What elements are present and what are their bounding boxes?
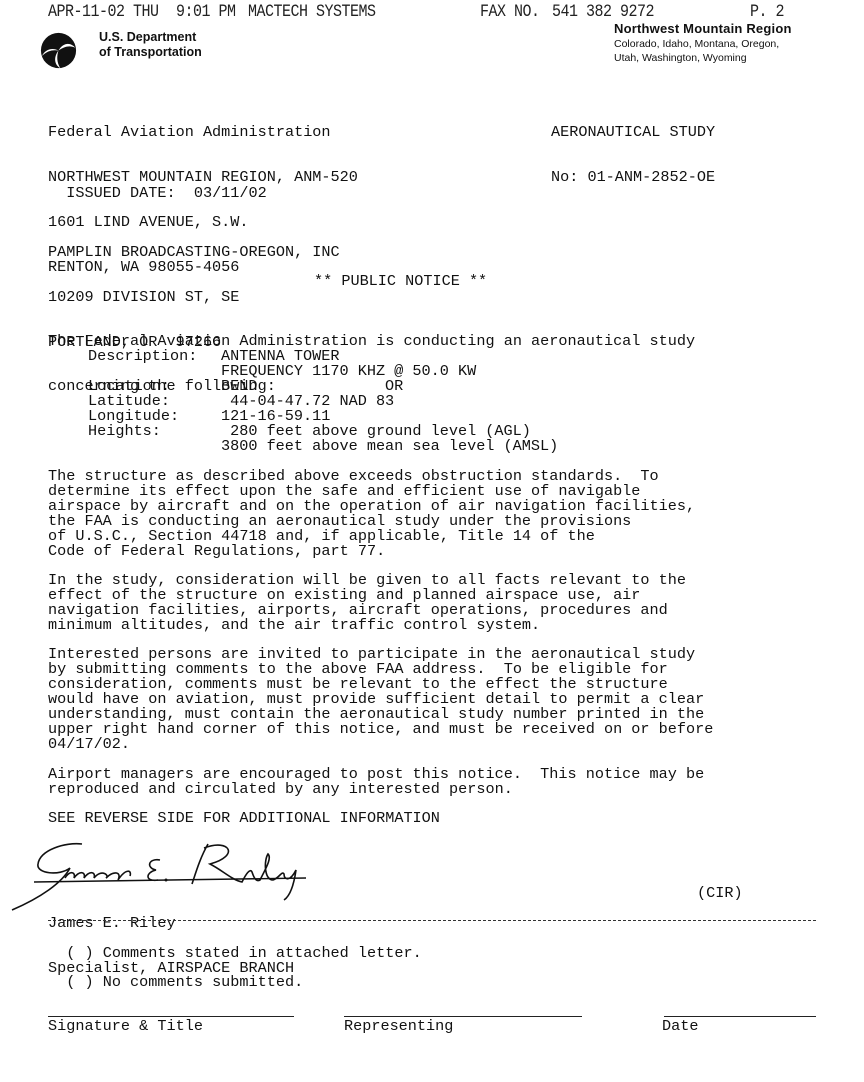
region-block: Northwest Mountain Region Colorado, Idah…	[614, 21, 792, 65]
paragraph-comments: Interested persons are invited to partic…	[48, 647, 713, 752]
representing-label: Representing	[344, 1019, 453, 1034]
response-option-no-comments[interactable]: ( ) No comments submitted.	[48, 960, 303, 990]
notice-title: ** PUBLIC NOTICE **	[314, 274, 487, 289]
detail-label: Heights:	[88, 424, 161, 439]
signer-code: (CIR)	[697, 886, 743, 901]
detail-value: 3800 feet above mean sea level (AMSL)	[221, 439, 558, 454]
paragraph-line: upper right hand corner of this notice, …	[48, 722, 713, 737]
fax-number: 541 382 9272	[552, 2, 654, 22]
detail-row: 3800 feet above mean sea level (AMSL)	[88, 439, 788, 454]
dot-triskelion-logo-icon	[40, 32, 77, 69]
issued-date: ISSUED DATE: 03/11/02	[48, 171, 267, 201]
fax-time: 9:01 PM	[176, 2, 236, 22]
detail-label: Description:	[88, 349, 197, 364]
detail-row: Location:BEND OR	[88, 379, 788, 394]
detail-row: Latitude: 44-04-47.72 NAD 83	[88, 394, 788, 409]
paragraph-line: minimum altitudes, and the air traffic c…	[48, 618, 686, 633]
paragraph-line: 04/17/02.	[48, 737, 713, 752]
detail-row: FREQUENCY 1170 KHZ @ 50.0 KW	[88, 364, 788, 379]
response-option-comments[interactable]: ( ) Comments stated in attached letter.	[48, 931, 422, 961]
divider	[48, 920, 816, 921]
recipient-address-line: PAMPLIN BROADCASTING-OREGON, INC	[48, 245, 340, 260]
study-details: Description:ANTENNA TOWERFREQUENCY 1170 …	[88, 349, 788, 454]
issued-date-label: ISSUED DATE:	[66, 184, 175, 202]
study-label: AERONAUTICAL STUDY	[551, 125, 715, 140]
paragraph-obstruction: The structure as described above exceeds…	[48, 469, 695, 559]
region-title: Northwest Mountain Region	[614, 21, 792, 37]
recipient-address-line: 10209 DIVISION ST, SE	[48, 290, 340, 305]
fax-number-label: FAX NO.	[480, 2, 540, 22]
fax-date: APR-11-02 THU	[48, 2, 159, 22]
region-states-1: Colorado, Idaho, Montana, Oregon,	[614, 37, 792, 51]
paragraph-line: reproduced and circulated by any interes…	[48, 782, 704, 797]
study-block: AERONAUTICAL STUDY No: 01-ANM-2852-OE	[551, 95, 715, 200]
region-states-2: Utah, Washington, Wyoming	[614, 51, 792, 65]
see-reverse-note: SEE REVERSE SIDE FOR ADDITIONAL INFORMAT…	[48, 811, 440, 826]
sender-address-line: Federal Aviation Administration	[48, 125, 358, 140]
paragraph-airport-managers: Airport managers are encouraged to post …	[48, 767, 704, 797]
response-checkbox[interactable]: ( )	[66, 973, 93, 991]
signature-title-label: Signature & Title	[48, 1019, 203, 1034]
signer-name: James E. Riley	[48, 916, 294, 931]
dept-line-2: of Transportation	[99, 45, 202, 60]
fax-sender: MACTECH SYSTEMS	[248, 2, 376, 22]
paragraph-line: Code of Federal Regulations, part 77.	[48, 544, 695, 559]
dot-name: U.S. Department of Transportation	[99, 30, 202, 60]
fax-page: P. 2	[750, 2, 784, 22]
date-label: Date	[662, 1019, 698, 1034]
paragraph-consideration: In the study, consideration will be give…	[48, 573, 686, 633]
study-number: No: 01-ANM-2852-OE	[551, 170, 715, 185]
response-label: No comments submitted.	[103, 973, 304, 991]
dept-line-1: U.S. Department	[99, 30, 202, 45]
issued-date-value: 03/11/02	[194, 184, 267, 202]
